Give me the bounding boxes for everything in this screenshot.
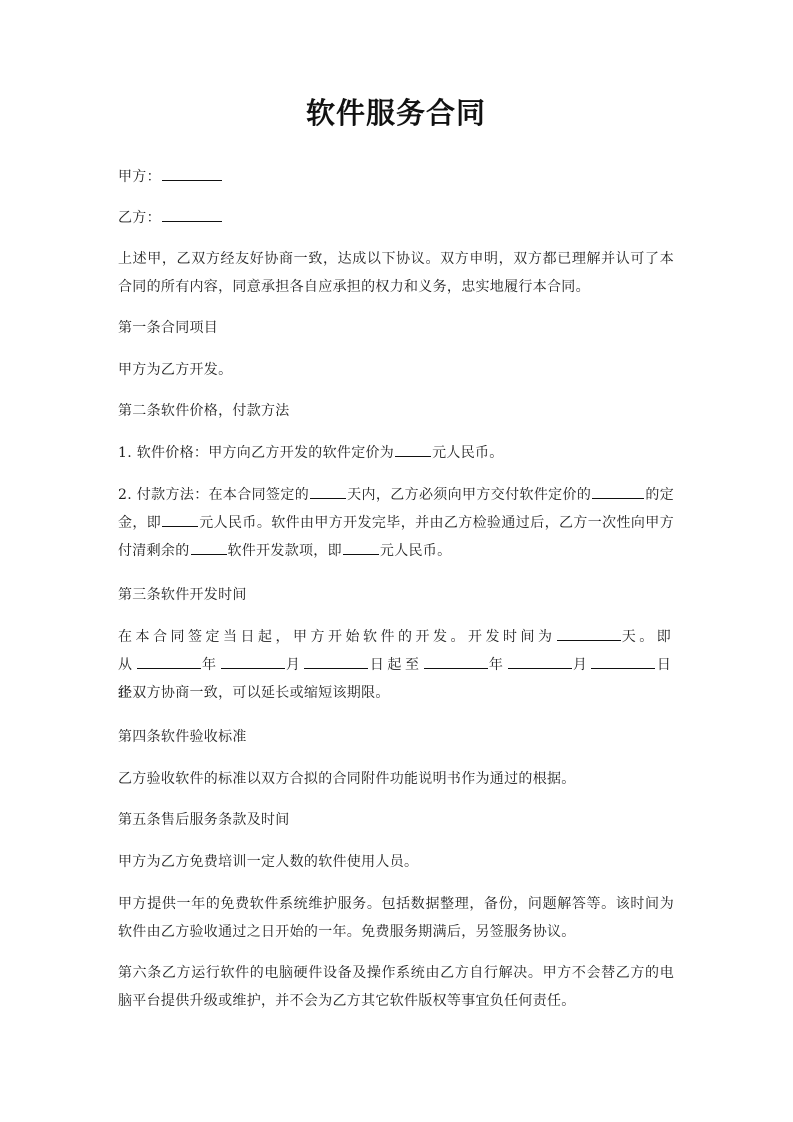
deposit-days-blank[interactable] [310,484,346,499]
article4-body: 乙方验收软件的标准以双方合拟的合同附件功能说明书作为通过的根据。 [118,765,674,793]
start-day-blank[interactable] [304,654,368,669]
end-year-label: 年 [489,657,507,673]
payment-text-1: 2. 付款方法：在本合同签定的 [118,487,309,503]
article3-extension: 经双方协商一致，可以延长或缩短该期限。 [118,679,674,707]
software-price-blank[interactable] [395,442,431,457]
payment-text-5: 软件开发款项，即 [228,543,342,559]
document-title: 软件服务合同 [118,93,674,133]
remaining-amount-blank[interactable] [343,540,379,555]
article2-item2: 2. 付款方法：在本合同签定的天内，乙方必须向甲方交付软件定价的的定金，即元人民… [118,481,674,565]
party-b-line: 乙方： [118,204,674,232]
start-year-label: 年 [202,657,220,673]
payment-text-6: 元人民币。 [380,543,452,559]
article1-heading: 第一条合同项目 [118,314,674,342]
article6-body: 第六条乙方运行软件的电脑硬件设备及操作系统由乙方自行解决。甲方不会替乙方的电脑平… [118,959,674,1015]
party-b-label: 乙方： [118,210,161,226]
start-month-blank[interactable] [221,654,285,669]
dev-days-blank[interactable] [557,626,621,641]
end-month-blank[interactable] [508,654,572,669]
end-day-blank[interactable] [591,654,655,669]
payment-text-2: 天内，乙方必须向甲方交付软件定价的 [347,487,591,503]
article2-heading: 第二条软件价格，付款方法 [118,397,674,425]
article5-body1: 甲方为乙方免费培训一定人数的软件使用人员。 [118,848,674,876]
start-month-label: 月 [286,657,304,673]
party-a-line: 甲方： [118,163,674,191]
end-year-blank[interactable] [424,654,488,669]
article2-item1-prefix: 1. 软件价格：甲方向乙方开发的软件定价为 [118,445,394,461]
article3-heading: 第三条软件开发时间 [118,581,674,609]
deposit-percent-blank[interactable] [592,484,644,499]
start-year-blank[interactable] [137,654,201,669]
article1-body: 甲方为乙方开发。 [118,356,674,384]
end-month-label: 月 [573,657,591,673]
article2-item1-suffix: 元人民币。 [432,445,504,461]
article4-heading: 第四条软件验收标准 [118,723,674,751]
deposit-amount-blank[interactable] [162,512,198,527]
start-day-label: 日起至 [369,657,422,673]
party-b-blank[interactable] [162,207,222,222]
preamble-paragraph: 上述甲，乙双方经友好协商一致，达成以下协议。双方申明，双方都已理解并认可了本合同… [118,245,674,301]
party-a-label: 甲方： [118,169,161,185]
article2-item1: 1. 软件价格：甲方向乙方开发的软件定价为元人民币。 [118,439,674,467]
article5-heading: 第五条售后服务条款及时间 [118,806,674,834]
remaining-percent-blank[interactable] [191,540,227,555]
party-a-blank[interactable] [162,166,222,181]
dev-time-text-1: 在本合同签定当日起，甲方开始软件的开发。开发时间为 [118,629,556,645]
article5-body2: 甲方提供一年的免费软件系统维护服务。包括数据整理，备份，问题解答等。该时间为软件… [118,890,674,946]
